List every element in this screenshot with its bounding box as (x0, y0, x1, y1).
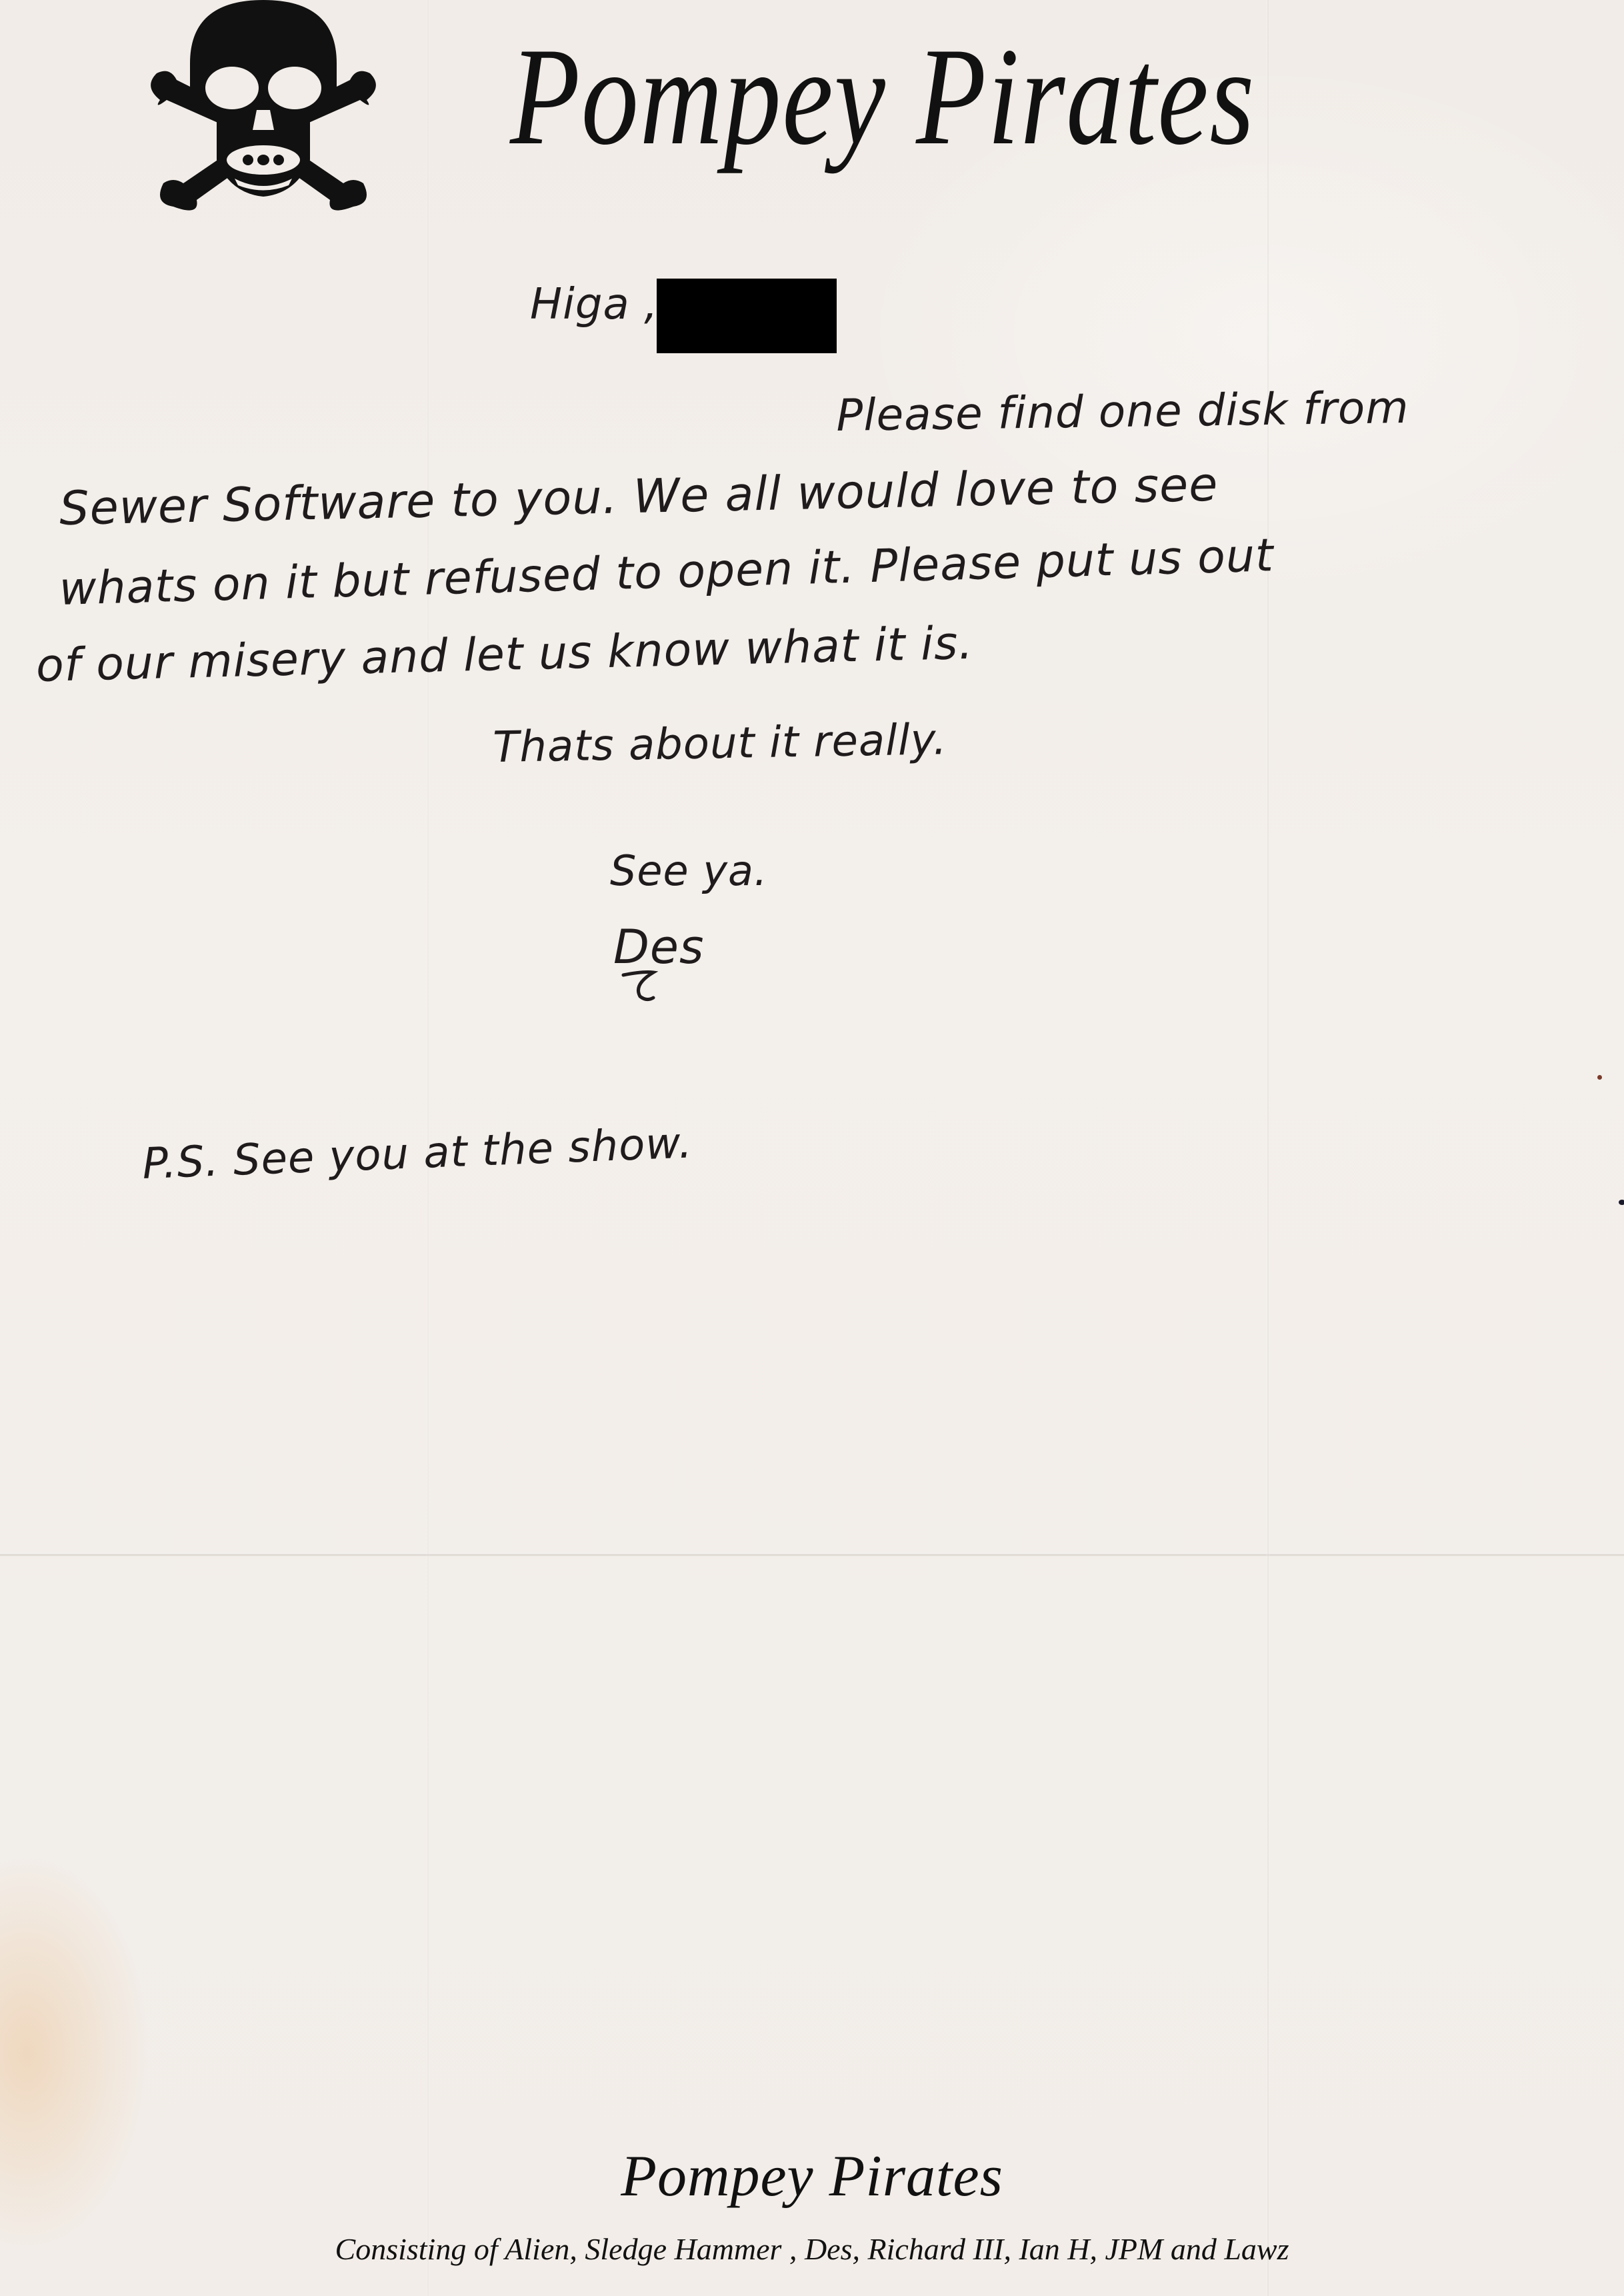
body-line-1: Please find one disk from (836, 382, 1409, 441)
body-line-4: of our misery and let us know what it is… (35, 617, 974, 692)
ink-speck (1619, 1200, 1624, 1205)
body-line-2: Sewer Software to you. We all would love… (59, 457, 1219, 536)
letterhead-title: Pompey Pirates (510, 27, 1255, 167)
closing: See ya. (610, 846, 768, 895)
ink-speck (1597, 1075, 1602, 1080)
footer-title: Pompey Pirates (0, 2143, 1624, 2210)
skull-and-crossbones-icon (133, 0, 393, 230)
signature-flourish-icon (620, 970, 673, 1003)
recipient-name-redaction (657, 279, 837, 353)
greeting: Higa , (530, 280, 658, 329)
letter-page: Pompey Pirates Higa , Please find one di… (0, 0, 1624, 2296)
body-line-5: Thats about it really. (493, 715, 948, 772)
postscript: P.S. See you at the show. (141, 1118, 693, 1189)
paper-fold-vertical (1267, 0, 1269, 2296)
paper-fold-horizontal (0, 1553, 1624, 1557)
footer-members: Consisting of Alien, Sledge Hammer , Des… (0, 2231, 1624, 2267)
body-line-3: whats on it but refused to open it. Plea… (59, 529, 1275, 616)
signature: Des (613, 920, 704, 974)
